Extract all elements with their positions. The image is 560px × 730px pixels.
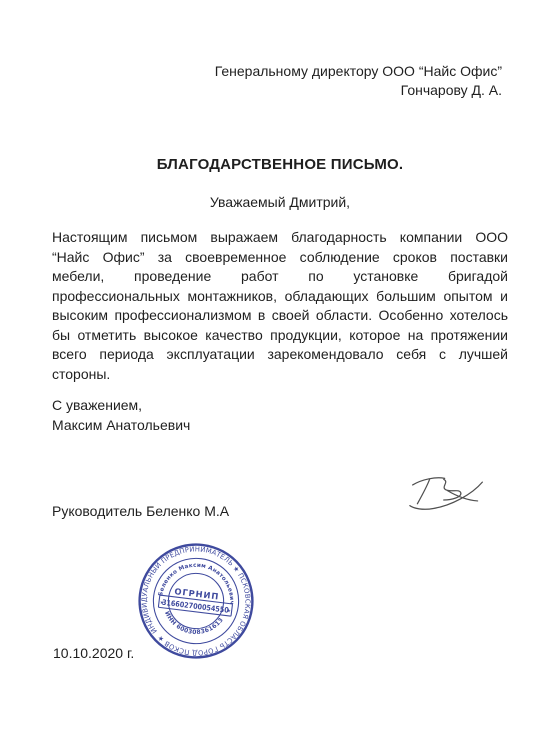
signer-line: Руководитель Беленко М.А <box>52 503 229 519</box>
body-line: бы отметить высокое качество продукции, … <box>52 326 508 346</box>
body-line: “Найс Офис” за своевременное соблюдение … <box>52 248 508 268</box>
closing-line-2: Максим Анатольевич <box>52 416 190 436</box>
greeting-line: Уважаемый Дмитрий, <box>0 194 560 210</box>
recipient-line-1: Генеральному директору ООО “Найс Офис” <box>215 62 502 81</box>
seal-outer-ring-text: ИНДИВИДУАЛЬНЫЙ ПРЕДПРИНИМАТЕЛЬ ★ ПСКОВСК… <box>134 539 258 663</box>
recipient-line-2: Гончарову Д. А. <box>215 81 502 100</box>
seal-graphic: ИНДИВИДУАЛЬНЫЙ ПРЕДПРИНИМАТЕЛЬ ★ ПСКОВСК… <box>129 534 263 668</box>
round-seal-stamp: ИНДИВИДУАЛЬНЫЙ ПРЕДПРИНИМАТЕЛЬ ★ ПСКОВСК… <box>129 534 263 668</box>
body-line: мебели, проведение работ по установке бр… <box>52 267 508 287</box>
body-line: стороны. <box>52 365 508 385</box>
signature-scribble <box>391 466 504 518</box>
body-line: Настоящим письмом выражаем благодарность… <box>52 228 508 248</box>
letter-date: 10.10.2020 г. <box>53 645 134 661</box>
closing-block: С уважением, Максим Анатольевич <box>52 396 190 435</box>
recipient-block: Генеральному директору ООО “Найс Офис” Г… <box>215 62 502 100</box>
seal-outer-circle <box>133 538 259 664</box>
body-line: профессиональных монтажников, обладающих… <box>52 287 508 307</box>
letter-title: БЛАГОДАРСТВЕННОЕ ПИСЬМО. <box>0 156 560 173</box>
body-paragraph: Настоящим письмом выражаем благодарность… <box>52 228 508 384</box>
letter-document: Генеральному директору ООО “Найс Офис” Г… <box>0 0 560 730</box>
closing-line-1: С уважением, <box>52 396 190 416</box>
body-line: высоким профессионализмом в своей област… <box>52 306 508 326</box>
body-line: всего периода эксплуатации зарекомендова… <box>52 345 508 365</box>
handwritten-signature <box>391 466 504 518</box>
